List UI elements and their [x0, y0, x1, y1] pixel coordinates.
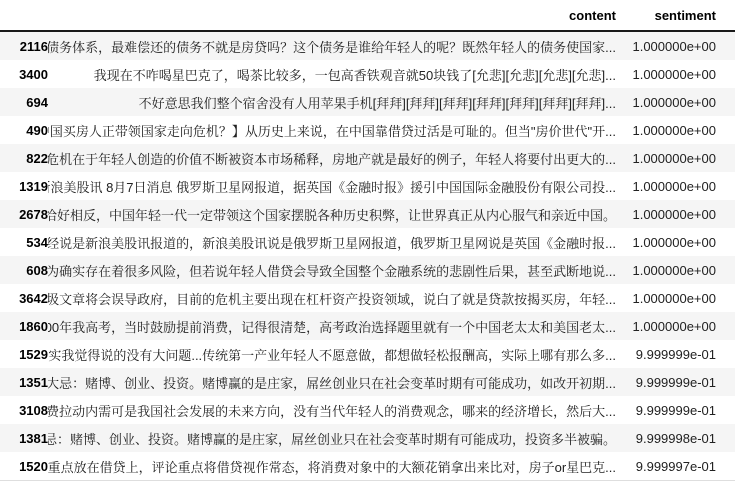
content-cell-text: 屌丝三大忌：赌博、创业、投资。赌博赢的是庄家，屌丝创业只在社会变革时期有可能成功… [48, 376, 616, 391]
table-row: 608借贷行为确实存在着很多风险，但若说年轻人借贷会导致全国整个金融系统的悲剧性… [0, 256, 735, 284]
table-row: 1319新浪美股讯 8月7日消息 俄罗斯卫星网报道，据英国《金融时报》援引中国国… [0, 172, 735, 200]
table-row: 3108促进消费拉动内需可是我国社会发展的未来方向，没有当代年轻人的消费观念，哪… [0, 396, 735, 424]
table-body: 2116最大的债务体系，最难偿还的债务不就是房贷吗？这个债务是谁给年轻人的呢？既… [0, 32, 735, 481]
table-row: 1381屌丝三大忌：赌博、创业、投资。赌博赢的是庄家，屌丝创业只在社会变革时期有… [0, 424, 735, 452]
content-cell: 【中国买房人正带领国家走向危机？】从历史上来说，在中国靠借贷过活是可耻的。但当"… [48, 121, 616, 140]
content-cell-text: 新浪美股讯 8月7日消息 俄罗斯卫星网报道，据英国《金融时报》援引中国国际金融股… [48, 180, 616, 195]
sentiment-cell: 1.000000e+00 [616, 263, 735, 278]
row-index-label: 490 [0, 123, 48, 138]
row-index-label: 1529 [0, 347, 48, 362]
sentiment-cell: 1.000000e+00 [616, 235, 735, 250]
content-cell: 其实我觉得说的没有大问题...传统第一产业年轻人不愿意做，都想做轻松报酬高，实际… [48, 345, 616, 364]
content-cell: 屌丝三大忌：赌博、创业、投资。赌博赢的是庄家，屌丝创业只在社会变革时期有可能成功… [48, 429, 616, 448]
content-cell-text: 【中国买房人正带领国家走向危机？】从历史上来说，在中国靠借贷过活是可耻的。但当"… [48, 124, 616, 139]
sentiment-cell: 9.999998e-01 [616, 431, 735, 446]
table-row: 1520原文重点放在借贷上，评论重点将借贷视作常态，将消费对象中的大额花销拿出来… [0, 452, 735, 480]
content-column-header: content [48, 8, 616, 23]
row-index-label: 2116 [0, 39, 48, 54]
row-index-label: 2678 [0, 207, 48, 222]
sentiment-cell: 1.000000e+00 [616, 319, 735, 334]
content-cell-text: 最大的债务体系，最难偿还的债务不就是房贷吗？这个债务是谁给年轻人的呢？既然年轻人… [48, 40, 616, 55]
sentiment-cell: 1.000000e+00 [616, 39, 735, 54]
row-index-label: 534 [0, 235, 48, 250]
row-index-label: 3108 [0, 403, 48, 418]
row-index-label: 608 [0, 263, 48, 278]
content-cell-text: 原文重点放在借贷上，评论重点将借贷视作常态，将消费对象中的大额花销拿出来比对，房… [48, 460, 616, 475]
sentiment-cell: 1.000000e+00 [616, 151, 735, 166]
content-cell: 新浪美股讯 8月7日消息 俄罗斯卫星网报道，据英国《金融时报》援引中国国际金融股… [48, 177, 616, 196]
sentiment-cell: 1.000000e+00 [616, 291, 735, 306]
row-index-label: 3642 [0, 291, 48, 306]
row-index-label: 694 [0, 95, 48, 110]
sentiment-cell: 9.999999e-01 [616, 375, 735, 390]
content-cell-text: 其实我觉得说的没有大问题...传统第一产业年轻人不愿意做，都想做轻松报酬高，实际… [48, 348, 616, 363]
dataframe-table: content sentiment 2116最大的债务体系，最难偿还的债务不就是… [0, 0, 735, 481]
sentiment-cell: 1.000000e+00 [616, 123, 735, 138]
table-row: 3642这种垃圾文章将会误导政府，目前的危机主要出现在杠杆资产投资领域，说白了就… [0, 284, 735, 312]
sentiment-cell: 9.999997e-01 [616, 459, 735, 474]
content-cell-text: 屌丝三大忌：赌博、创业、投资。赌博赢的是庄家，屌丝创业只在社会变革时期有可能成功… [48, 432, 616, 447]
content-cell: 促进消费拉动内需可是我国社会发展的未来方向，没有当代年轻人的消费观念，哪来的经济… [48, 401, 616, 420]
content-cell-text: 真正的危机在于年轻人创造的价值不断被资本市场稀释，房地产就是最好的例子，年轻人将… [48, 152, 616, 167]
sentiment-cell: 1.000000e+00 [616, 67, 735, 82]
content-cell: 原文重点放在借贷上，评论重点将借贷视作常态，将消费对象中的大额花销拿出来比对，房… [48, 457, 616, 476]
content-cell-text: 这种垃圾文章将会误导政府，目前的危机主要出现在杠杆资产投资领域，说白了就是贷款按… [48, 292, 616, 307]
content-cell: 新浪财经说是新浪美股讯报道的，新浪美股讯说是俄罗斯卫星网报道，俄罗斯卫星网说是英… [48, 233, 616, 252]
content-cell-text: 借贷行为确实存在着很多风险，但若说年轻人借贷会导致全国整个金融系统的悲剧性后果，… [48, 264, 616, 279]
row-index-label: 1520 [0, 459, 48, 474]
content-cell: 我现在不咋喝星巴克了，喝茶比较多，一包高香铁观音就50块钱了[允悲][允悲][允… [48, 65, 616, 84]
sentiment-cell: 1.000000e+00 [616, 179, 735, 194]
content-cell-text: 不好意思我们整个宿舍没有人用苹果手机[拜拜][拜拜][拜拜][拜拜][拜拜][拜… [139, 96, 616, 111]
content-cell: 不好意思我们整个宿舍没有人用苹果手机[拜拜][拜拜][拜拜][拜拜][拜拜][拜… [48, 93, 616, 112]
content-cell: 这种垃圾文章将会误导政府，目前的危机主要出现在杠杆资产投资领域，说白了就是贷款按… [48, 289, 616, 308]
table-row: 2116最大的债务体系，最难偿还的债务不就是房贷吗？这个债务是谁给年轻人的呢？既… [0, 32, 735, 60]
content-cell: 真正的危机在于年轻人创造的价值不断被资本市场稀释，房地产就是最好的例子，年轻人将… [48, 149, 616, 168]
content-cell: 恰好相反，中国年轻一代一定带领这个国家摆脱各种历史积弊，让世界真正从内心服气和亲… [48, 205, 616, 224]
table-row: 534新浪财经说是新浪美股讯报道的，新浪美股讯说是俄罗斯卫星网报道，俄罗斯卫星网… [0, 228, 735, 256]
sentiment-column-header: sentiment [616, 8, 735, 23]
table-row: 3400我现在不咋喝星巴克了，喝茶比较多，一包高香铁观音就50块钱了[允悲][允… [0, 60, 735, 88]
table-row: 2678恰好相反，中国年轻一代一定带领这个国家摆脱各种历史积弊，让世界真正从内心… [0, 200, 735, 228]
content-cell: 借贷行为确实存在着很多风险，但若说年轻人借贷会导致全国整个金融系统的悲剧性后果，… [48, 261, 616, 280]
table-row: 18602000年我高考，当时鼓励提前消费，记得很清楚，高考政治选择题里就有一个… [0, 312, 735, 340]
table-header-row: content sentiment [0, 0, 735, 32]
row-index-label: 3400 [0, 67, 48, 82]
table-row: 694不好意思我们整个宿舍没有人用苹果手机[拜拜][拜拜][拜拜][拜拜][拜拜… [0, 88, 735, 116]
content-cell: 屌丝三大忌：赌博、创业、投资。赌博赢的是庄家，屌丝创业只在社会变革时期有可能成功… [48, 373, 616, 392]
sentiment-cell: 9.999999e-01 [616, 347, 735, 362]
content-cell: 2000年我高考，当时鼓励提前消费，记得很清楚，高考政治选择题里就有一个中国老太… [48, 317, 616, 336]
row-index-label: 1381 [0, 431, 48, 446]
content-column-header-label: content [569, 8, 616, 23]
table-row: 822真正的危机在于年轻人创造的价值不断被资本市场稀释，房地产就是最好的例子，年… [0, 144, 735, 172]
content-cell-text: 恰好相反，中国年轻一代一定带领这个国家摆脱各种历史积弊，让世界真正从内心服气和亲… [48, 208, 616, 223]
content-cell-text: 促进消费拉动内需可是我国社会发展的未来方向，没有当代年轻人的消费观念，哪来的经济… [48, 404, 616, 419]
content-cell-text: 2000年我高考，当时鼓励提前消费，记得很清楚，高考政治选择题里就有一个中国老太… [48, 320, 616, 335]
content-cell: 最大的债务体系，最难偿还的债务不就是房贷吗？这个债务是谁给年轻人的呢？既然年轻人… [48, 37, 616, 56]
row-index-label: 1319 [0, 179, 48, 194]
content-cell-text: 我现在不咋喝星巴克了，喝茶比较多，一包高香铁观音就50块钱了[允悲][允悲][允… [94, 68, 616, 83]
table-row: 1351屌丝三大忌：赌博、创业、投资。赌博赢的是庄家，屌丝创业只在社会变革时期有… [0, 368, 735, 396]
sentiment-cell: 1.000000e+00 [616, 95, 735, 110]
row-index-label: 822 [0, 151, 48, 166]
notebook-output-area: content sentiment 2116最大的债务体系，最难偿还的债务不就是… [0, 0, 735, 481]
content-cell-text: 新浪财经说是新浪美股讯报道的，新浪美股讯说是俄罗斯卫星网报道，俄罗斯卫星网说是英… [48, 236, 616, 251]
sentiment-cell: 1.000000e+00 [616, 207, 735, 222]
table-row: 1529其实我觉得说的没有大问题...传统第一产业年轻人不愿意做，都想做轻松报酬… [0, 340, 735, 368]
sentiment-cell: 9.999999e-01 [616, 403, 735, 418]
table-row: 490【中国买房人正带领国家走向危机？】从历史上来说，在中国靠借贷过活是可耻的。… [0, 116, 735, 144]
row-index-label: 1860 [0, 319, 48, 334]
row-index-label: 1351 [0, 375, 48, 390]
